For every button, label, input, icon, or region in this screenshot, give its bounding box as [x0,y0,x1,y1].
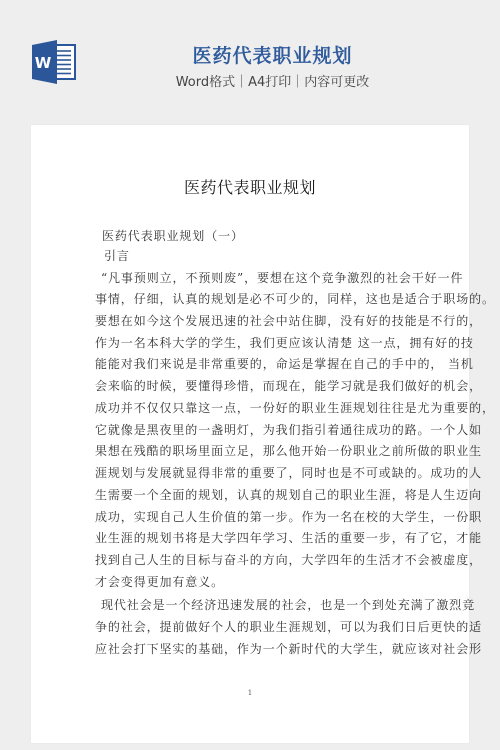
document-page: 医药代表职业规划 医药代表职业规划（一）引言“凡事预则立，不预则废”，要想在这个… [31,125,469,743]
document-text-line: 找到自己人生的目标与奋斗的方向，大学四年的生活才不会被虚度， [95,552,482,568]
document-text-line: 作为一名本科大学的学生，我们更应该认清楚 这一点，拥有好的技 [95,335,474,351]
document-text-line: 成功并不仅仅只靠这一点，一份好的职业生涯规划往往是尤为重要的， [95,400,495,416]
document-text-line: 才会变得更加有意义。 [95,574,224,590]
document-text-line: 现代社会是一个经济迅速发展的社会，也是一个到处充满了激烈竞 [101,597,475,613]
page-number: 1 [31,689,469,697]
document-text-line: 事情，仔细，认真的规划是必不可少的，同样，这也是适合于职场的。 [95,291,495,307]
document-text-line: “凡事预则立，不预则废”，要想在这个竞争激烈的社会干好一件 [101,270,463,286]
document-text-line: 要想在如今这个发展迅速的社会中站住脚，没有好的技能是不行的， [95,313,482,329]
document-text-line: 果想在残酷的职场里面立足，那么他开始一份职业之前所做的职业生 [95,443,482,459]
document-text-line: 争的社会，提前做好个人的职业生涯规划，可以为我们日后更快的适 [95,619,482,635]
document-text-line: 业生涯的规划书将是大学四年学习、生活的重要一步，有了它，才能 [95,530,482,546]
header-banner: W 医药代表职业规划 Word格式｜A4打印｜内容可更改 [0,0,500,125]
document-title: 医药代表职业规划 [31,178,469,198]
document-text-line: 涯规划与发展就显得非常的重要了，同时也是不可或缺的。成功的人 [95,465,482,481]
document-text-line: 会来临的时候，要懂得珍惜，而现在，能学习就是我们做好的机会， [95,378,482,394]
document-text-line: 成功，实现自己人生价值的第一步。作为一名在校的大学生，一份职 [95,509,482,525]
header-title: 医药代表职业规划 [0,44,500,68]
document-text-line: 能能对我们来说是非常重要的，命运是掌握在自己的手中的， 当机 [95,356,474,372]
document-text-line: 引言 [104,248,130,264]
header-subtitle: Word格式｜A4打印｜内容可更改 [0,74,500,92]
document-text-line: 它就像是黑夜里的一盏明灯，为我们指引着通往成功的路。一个人如 [95,422,482,438]
document-text-line: 应社会打下坚实的基础，作为一个新时代的大学生，就应该对社会形 [95,641,482,657]
document-text-line: 生需要一个全面的规划，认真的规划自己的职业生涯，将是人生迈向 [95,487,482,503]
document-text-line: 医药代表职业规划（一） [102,228,244,244]
